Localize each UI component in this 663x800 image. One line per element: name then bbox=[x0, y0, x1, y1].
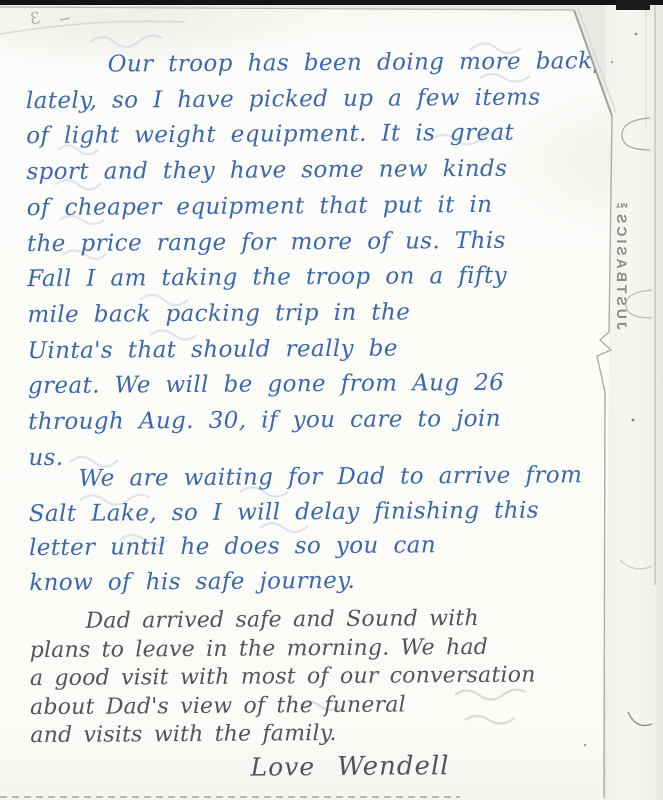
handwritten-line: We are waiting for Dad to arrive from bbox=[28, 458, 588, 496]
signature-name: Wendell bbox=[337, 751, 450, 782]
handwritten-line: great. We will be gone from Aug 26 bbox=[28, 366, 588, 406]
handwritten-line: Salt Lake, so I will delay finishing thi… bbox=[29, 493, 589, 531]
handwritten-line: through Aug. 30, if you care to join bbox=[28, 401, 588, 441]
handwritten-line: sport and they have some new kinds bbox=[26, 151, 586, 191]
handwritten-line: know of his safe journey. bbox=[29, 562, 589, 600]
scanned-letter-page: JUSTBASICS™ 3 Our troop has been doing m… bbox=[0, 0, 663, 800]
handwritten-line: of cheaper equipment that put it in bbox=[27, 187, 587, 227]
closing-signature: LoveWendell bbox=[250, 751, 449, 782]
handwritten-line: Dad arrived safe and Sound with bbox=[29, 604, 589, 637]
paragraph-dad-arrived: Dad arrived safe and Sound with plans to… bbox=[29, 604, 590, 751]
letter-paper: 3 Our troop has been doing more backpack… bbox=[0, 0, 663, 800]
handwritten-line: Uinta's that should really be bbox=[28, 330, 588, 370]
scanner-edge-strip bbox=[0, 0, 663, 5]
handwritten-line: of light weight equipment. It is great bbox=[26, 116, 586, 156]
paragraph-waiting-for-dad: We are waiting for Dad to arrive from Sa… bbox=[28, 458, 589, 600]
handwritten-line: plans to leave in the morning. We had bbox=[30, 633, 590, 666]
handwritten-line: about Dad's view of the funeral bbox=[30, 690, 590, 723]
handwritten-line: lately, so I have picked up a few items bbox=[26, 80, 586, 120]
handwritten-line: Our troop has been doing more backpack bbox=[26, 44, 586, 84]
handwritten-line: a good visit with most of our conversati… bbox=[30, 661, 590, 694]
closing-salutation: Love bbox=[250, 752, 315, 781]
scanner-edge-tab bbox=[616, 0, 650, 10]
handwritten-line: the price range for more of us. This bbox=[27, 223, 587, 263]
side-label-showthrough: JUSTBASICS™ bbox=[614, 192, 630, 330]
handwritten-line: letter until he does so you can bbox=[29, 527, 589, 565]
handwritten-line: and visits with the family. bbox=[30, 719, 590, 752]
letter-body: Our troop has been doing more backpack l… bbox=[0, 0, 663, 800]
paragraph-backpacking: Our troop has been doing more backpack l… bbox=[26, 44, 589, 476]
handwritten-line: Fall I am taking the troop on a fifty bbox=[27, 258, 587, 298]
underlying-sheet: JUSTBASICS™ bbox=[606, 0, 663, 800]
handwritten-line: mile back packing trip in the bbox=[27, 294, 587, 334]
